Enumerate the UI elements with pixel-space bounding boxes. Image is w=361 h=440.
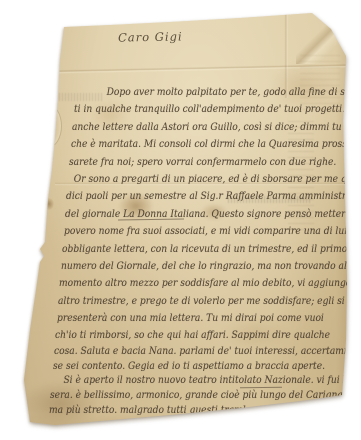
letter-line: ma più stretto. malgrado tutti questi tr… xyxy=(49,404,327,419)
edge-spot-stain xyxy=(44,198,54,210)
letter-salutation: Caro Gigi xyxy=(118,29,183,44)
letter-line: del giornale La Donna Italiana. Questo s… xyxy=(65,206,328,223)
letter-line: anche lettere dalla Astori ora Guillo, c… xyxy=(72,119,329,136)
letter-line: sera. è bellissimo, armonico, grande cio… xyxy=(50,389,327,404)
aged-paper-sheet: Caro Gigi Dopo aver molto palpitato per … xyxy=(0,0,361,440)
letter-line: Si è aperto il nostro nuovo teatro intit… xyxy=(56,374,328,389)
paper-shadow-wrap: Caro Gigi Dopo aver molto palpitato per … xyxy=(0,0,361,440)
letter-line: numero del Giornale, del che lo ringrazi… xyxy=(61,258,328,275)
letter-line: sarete fra noi; spero vorrai confermarme… xyxy=(69,154,328,171)
embossed-stamp xyxy=(34,104,62,148)
letter-photograph: Caro Gigi Dopo aver molto palpitato per … xyxy=(0,0,361,440)
horizontal-fold-crease-top xyxy=(58,59,346,77)
letter-line: se sei contento. Gegia ed io ti aspettia… xyxy=(53,360,327,375)
letter-line: Or sono a pregarti di un piacere, ed è d… xyxy=(70,171,329,188)
letter-line: Dopo aver molto palpitato per te, godo a… xyxy=(75,84,329,101)
letter-line: presenterà con una mia lettera. Tu mi di… xyxy=(57,310,328,327)
letter-line: che è maritata. Mi consoli col dirmi che… xyxy=(71,136,329,153)
letter-line: momento altro mezzo per soddisfare al mi… xyxy=(59,275,328,292)
letter-line: ti in qualche tranquillo coll'adempiment… xyxy=(74,101,329,118)
corner-fold-crease xyxy=(296,12,350,64)
letter-line: cosa. Saluta e bacia Nana. parlami de' t… xyxy=(54,345,327,360)
letter-body: Dopo aver molto palpitato per te, godo a… xyxy=(76,84,348,419)
letter-line: povero nome fra suoi associati, e mi vid… xyxy=(64,223,328,240)
letter-line: dici paoli per un semestre al Sig.r Raff… xyxy=(66,188,328,205)
letter-line: ch'io ti rimborsi, so che qui hai affari… xyxy=(55,327,327,344)
letter-line: obbligante lettera, con la ricevuta di u… xyxy=(62,241,328,258)
letter-line: altro trimestre, e prego te di volerlo p… xyxy=(58,293,328,310)
